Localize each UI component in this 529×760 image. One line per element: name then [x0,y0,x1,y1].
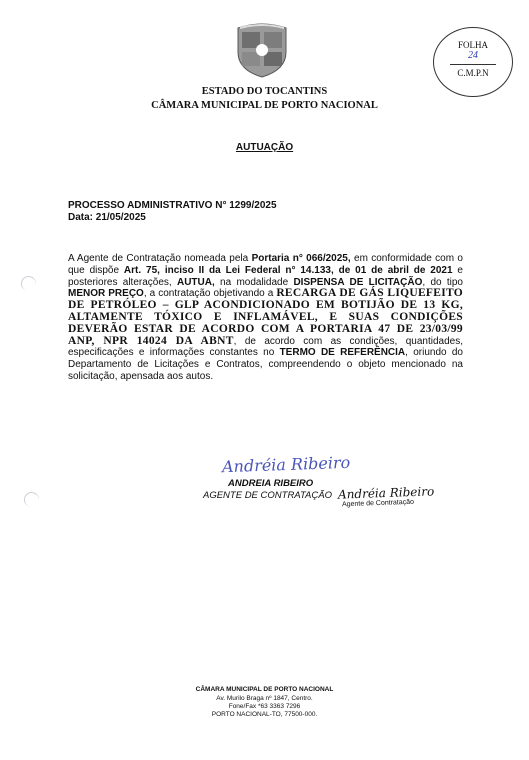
stamp-label-top: FOLHA [434,40,512,50]
body-text: , do tipo [422,277,463,288]
body-paragraph: A Agente de Contratação nomeada pela Por… [68,253,463,383]
signature-stamp-role: Agente de Contratação [342,499,414,509]
process-date: Data: 21/05/2025 [68,212,146,223]
coat-of-arms-icon [232,22,292,78]
process-number: PROCESSO ADMINISTRATIVO N° 1299/2025 [68,200,277,211]
footer-org: CÂMARA MUNICIPAL DE PORTO NACIONAL [0,686,529,693]
body-bold-text: Portaria n° 066/2025, [252,253,351,264]
body-bold-text: MENOR PREÇO [68,288,144,299]
footer-phone: Fone/Fax *63 3363 7296 [0,703,529,710]
punch-hole-mark [23,491,40,508]
footer-city: PORTO NACIONAL-TO, 77500-000. [0,711,529,718]
signer-role: AGENTE DE CONTRATAÇÃO [203,490,332,501]
signer-name: ANDREIA RIBEIRO [228,478,313,489]
stamp-page-number: 24 [434,50,512,61]
footer-address: Av. Murilo Braga nº 1847, Centro. [0,695,529,702]
chamber-name: CÂMARA MUNICIPAL DE PORTO NACIONAL [0,100,529,111]
stamp-label-bottom: C.M.P.N [434,68,512,78]
stamp-divider [450,64,496,65]
punch-hole-mark [20,275,37,292]
body-text: , a contratação objetivando a [144,288,277,299]
body-text: A Agente de Contratação nomeada pela [68,253,252,264]
document-title: AUTUAÇÃO [0,142,529,153]
body-bold-text: DISPENSA DE LICITAÇÃO [293,277,422,288]
page-stamp: FOLHA 24 C.M.P.N [433,27,513,97]
body-bold-text: AUTUA, [177,277,215,288]
handwritten-signature: Andréia Ribeiro [222,453,351,476]
body-bold-text: TERMO DE REFERÊNCIA [280,347,406,358]
body-bold-text: Art. 75, inciso II da Lei Federal n° 14.… [124,265,453,276]
body-text: na modalidade [215,277,294,288]
